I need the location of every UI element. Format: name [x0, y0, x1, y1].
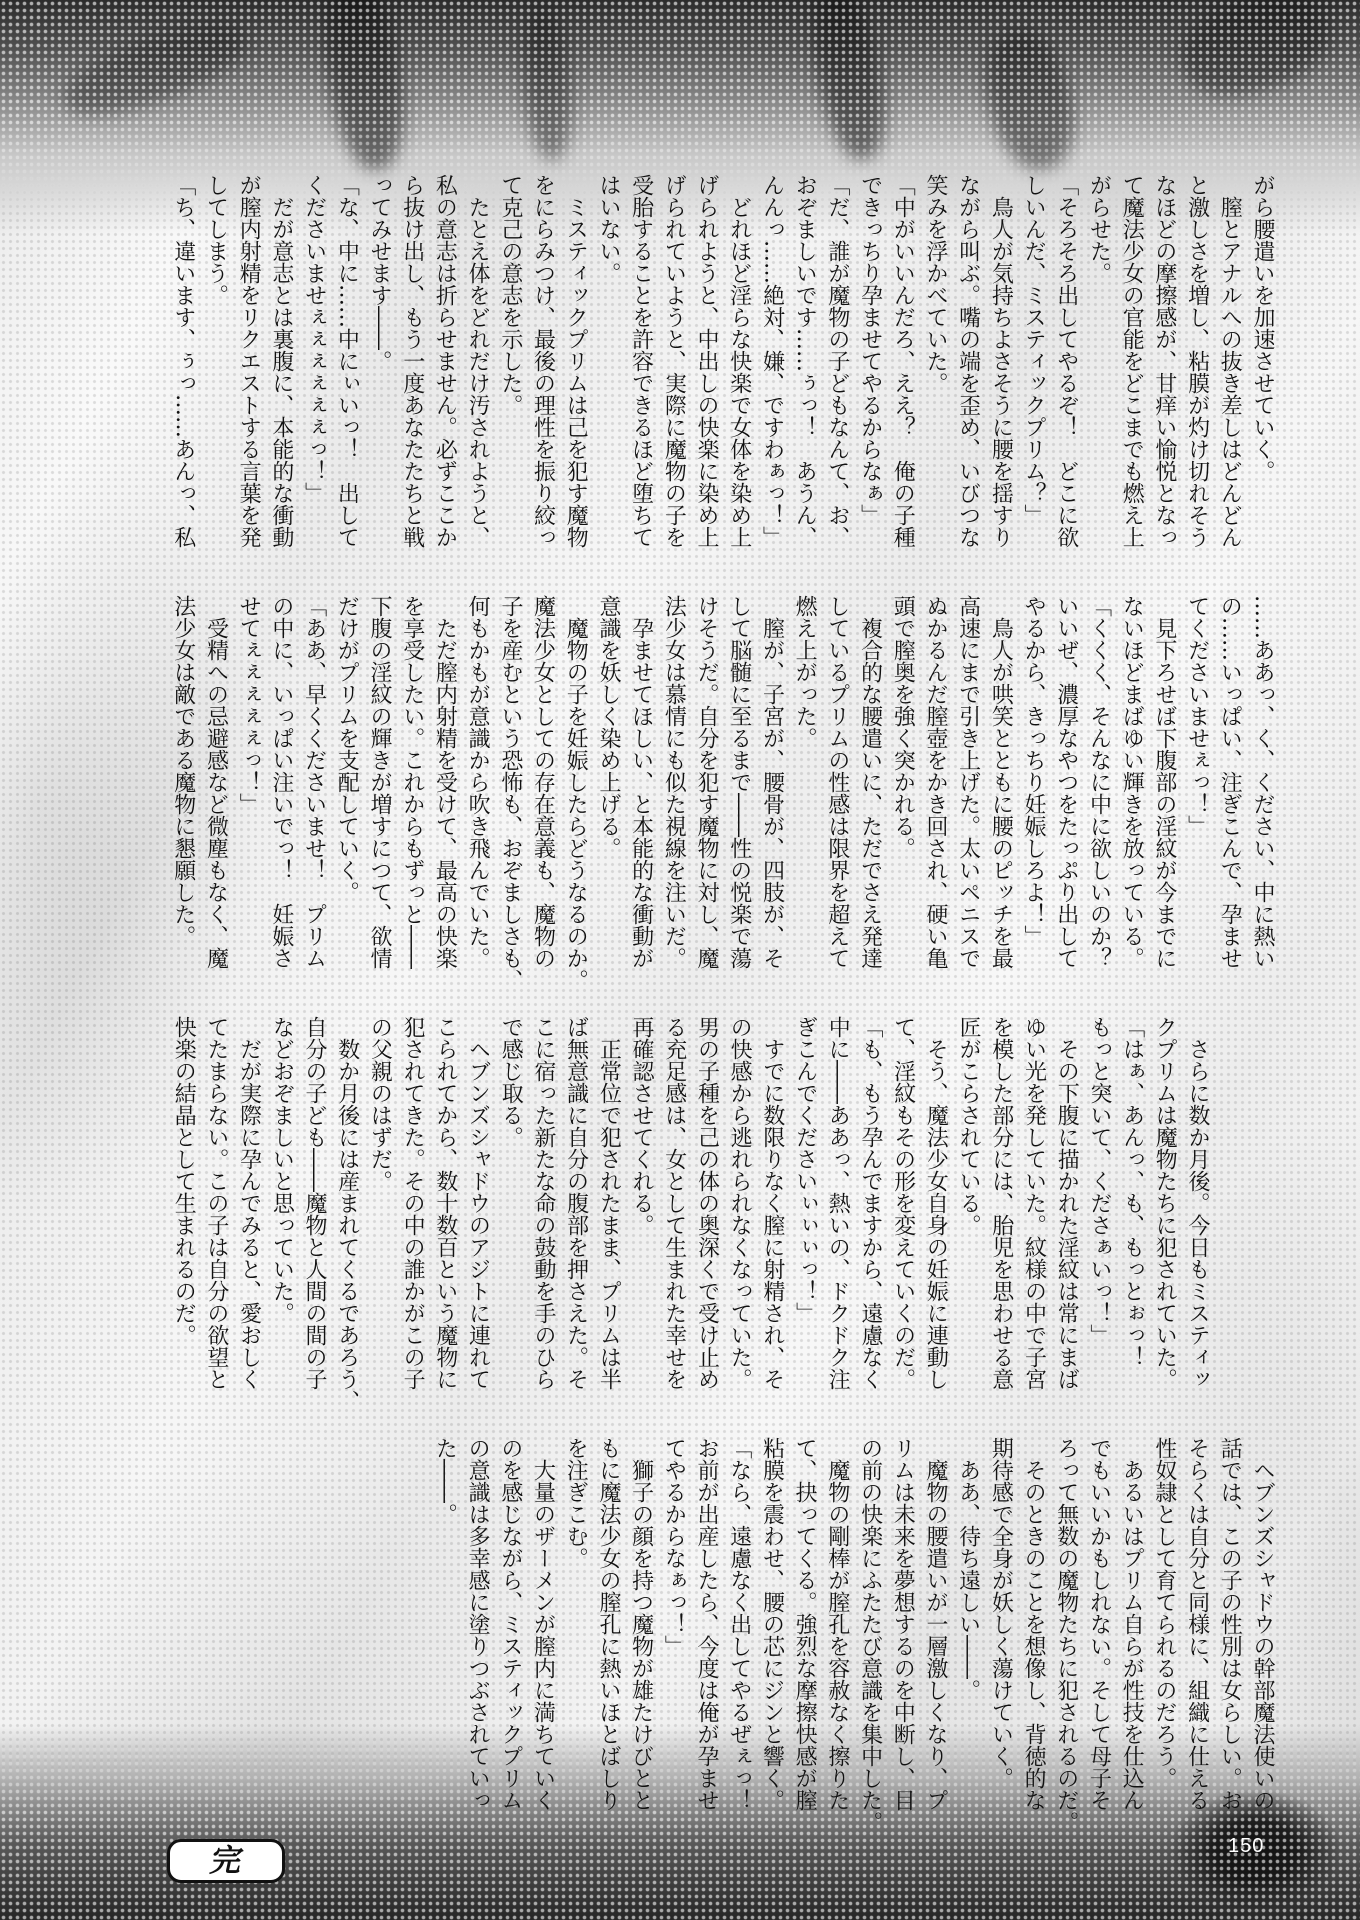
text-column: 数か月後には産まれてくるであろう、 — [330, 1016, 363, 1390]
text-column: 膣とアナルへの抜き差しはどんどん — [1213, 174, 1246, 548]
text-column: 私の意志は折らせません。必ずここか — [428, 174, 461, 548]
text-column: 「くくく、そんなに中に欲しいのか？ — [1082, 595, 1115, 969]
text-column: 何もかもが意識から吹き飛んでいた。 — [460, 595, 493, 969]
end-mark-badge: 完 — [167, 1839, 285, 1883]
text-column: 期待感で全身が妖しく蕩けていく。 — [984, 1437, 1017, 1811]
text-column: た――。 — [428, 1437, 461, 1811]
text-column: お前が出産したら、今度は俺が孕ませ — [689, 1437, 722, 1811]
text-column: 中に――ああっ、熱いの、ドクドク注 — [821, 1016, 854, 1390]
text-column: ぎこんでくださいぃぃぃっ！」 — [788, 1016, 821, 1390]
text-column: 「も、もう孕んでますから、遠慮なく — [853, 1016, 886, 1390]
text-column: ら抜け出し、もう一度あなたたちと戦 — [395, 174, 428, 548]
text-column: 正常位で犯されたまま、プリムは半 — [592, 1016, 625, 1390]
text-column: の……いっぱい、注ぎこんで、孕ませ — [1213, 595, 1246, 969]
text-column: 「なら、遠慮なく出してやるぜぇっ！ — [722, 1437, 755, 1811]
text-column: 下腹の淫紋の輝きが増すにつて、欲情 — [362, 595, 395, 969]
text-column: 鳥人が気持ちよさそうに腰を揺すり — [984, 174, 1017, 548]
text-band-1: がら腰遣いを加速させていく。 膣とアナルへの抜き差しはどんどん と激しさを増し、… — [166, 174, 1278, 548]
text-column: こられてから、数十数百という魔物に — [428, 1016, 461, 1390]
text-column: て魔法少女の官能をどこまでも燃え上 — [1114, 174, 1147, 548]
text-column: しいんだ、ミスティックプリム？」 — [1016, 174, 1049, 548]
text-column: だが意志とは裏腹に、本能的な衝動 — [264, 174, 297, 548]
text-column: ゆい光を発していた。紋様の中で子宮 — [1017, 1016, 1050, 1390]
text-column: を注ぎこむ。 — [559, 1437, 592, 1811]
text-column: しているプリムの性感は限界を超えて — [820, 595, 853, 969]
text-column: リムは未来を夢想するのを中断し、目 — [886, 1437, 919, 1811]
text-column: てたまらない。この子は自分の欲望と — [199, 1016, 232, 1390]
text-column: ば無意識に自分の腹部を押さえた。そ — [559, 1016, 592, 1390]
text-column: て克己の意志を示した。 — [493, 174, 526, 548]
text-column: 犯されてきた。その中の誰かがこの子 — [395, 1016, 428, 1390]
end-mark: 完 — [207, 1846, 245, 1877]
text-column: 「な、中に……中にぃいっ！ 出して — [330, 174, 363, 548]
text-column: ないほどまばゆい輝きを放っている。 — [1114, 595, 1147, 969]
text-column: はいない。 — [591, 174, 624, 548]
text-column: 魔物の子を妊娠したらどうなるのか。 — [559, 595, 592, 969]
text-band-2: ……ああっ、く、ください、中に熱い の……いっぱい、注ぎこんで、孕ませ てくださ… — [166, 595, 1278, 969]
text-column: をにらみつけ、最後の理性を振り絞っ — [526, 174, 559, 548]
text-column: なほどの摩擦感が、甘痒い愉悦となっ — [1147, 174, 1180, 548]
text-column: さらに数か月後。今日もミスティッ — [1180, 1016, 1213, 1390]
text-column: ……ああっ、く、ください、中に熱い — [1245, 595, 1278, 969]
text-column: 「だ、誰が魔物の子どもなんて、お、 — [820, 174, 853, 548]
text-column: て、抉ってくる。強烈な摩擦快感が膣 — [787, 1437, 820, 1811]
text-column: 匠がこらされている。 — [951, 1016, 984, 1390]
text-column: と激しさを増し、粘膜が灼け切れそう — [1180, 174, 1213, 548]
text-column: る充足感は、女として生まれた幸せを — [657, 1016, 690, 1390]
text-column: 自分の子ども――魔物と人間の間の子 — [297, 1016, 330, 1390]
text-column: のを感じながら、ミスティックプリム — [493, 1437, 526, 1811]
text-column: 子を産むという恐怖も、おぞましさも、 — [493, 595, 526, 969]
text-column: 男の子種を己の体の奥深くで受け止め — [690, 1016, 723, 1390]
text-column: そらくは自分と同様に、組織に仕える — [1180, 1437, 1213, 1811]
text-column: 高速にまで引き上げた。太いペニスで — [951, 595, 984, 969]
text-column: 受胎することを許容できるほど堕ちて — [624, 174, 657, 548]
text-column: 見下ろせば下腹部の淫紋が今までに — [1147, 595, 1180, 969]
text-column: てやるからなぁっ！」 — [657, 1437, 690, 1811]
text-column: 法少女は敵である魔物に懇願した。 — [166, 595, 199, 969]
page-number: 150 — [1228, 1835, 1264, 1858]
text-column: してしまう。 — [199, 174, 232, 548]
text-column: を享受したい。これからもずっと―― — [395, 595, 428, 969]
text-column: ああ、待ち遠しい――。 — [951, 1437, 984, 1811]
text-column: けそうだ。自分を犯す魔物に対し、魔 — [689, 595, 722, 969]
text-column: 快楽の結晶として生まれるのだ。 — [167, 1016, 200, 1390]
text-column: 魔法少女としての存在意義も、魔物の — [526, 595, 559, 969]
text-column: 「そろそろ出してやるぞ！ どこに欲 — [1049, 174, 1082, 548]
text-column: ヘブンズシャドウのアジトに連れて — [461, 1016, 494, 1390]
text-column: 再確認させてくれる。 — [624, 1016, 657, 1390]
text-column: 「中がいいんだろ、ええ？ 俺の子種 — [886, 174, 919, 548]
text-column: ただ膣内射精を受けて、最高の快楽 — [428, 595, 461, 969]
text-column: げられようと、中出しの快楽に染め上 — [689, 174, 722, 548]
text-column: がらせた。 — [1082, 174, 1115, 548]
text-column: 大量のザーメンが膣内に満ちていく — [526, 1437, 559, 1811]
text-column: くださいませぇぇぇぇぇぇっ！」 — [297, 174, 330, 548]
text-column: ろって無数の魔物たちに犯されるのだ。 — [1049, 1437, 1082, 1811]
text-column: んんっ……絶対、嫌、ですわぁっ！」 — [755, 174, 788, 548]
text-column: おぞましいです……ぅっ！ あうん、 — [787, 174, 820, 548]
text-column: で感じ取る。 — [494, 1016, 527, 1390]
text-column: こに宿った新たな命の鼓動を手のひら — [526, 1016, 559, 1390]
text-column: 性奴隷として育てられるのだろう。 — [1147, 1437, 1180, 1811]
text-column: の意識は多幸感に塗りつぶされていっ — [460, 1437, 493, 1811]
text-column: を模した部分には、胎児を思わせる意 — [984, 1016, 1017, 1390]
text-column: 話では、この子の性別は女らしい。お — [1213, 1437, 1246, 1811]
text-column: の父親のはずだ。 — [363, 1016, 396, 1390]
text-column: 粘膜を震わせ、腰の芯にジンと響く。 — [755, 1437, 788, 1811]
text-column: げられていようと、実際に魔物の子を — [657, 174, 690, 548]
text-column: 膣が、子宮が、腰骨が、四肢が、そ — [755, 595, 788, 969]
text-column: ながら叫ぶ。嘴の端を歪め、いびつな — [951, 174, 984, 548]
text-column: などおぞましいと思っていた。 — [265, 1016, 298, 1390]
text-column: ミスティックプリムは己を犯す魔物 — [559, 174, 592, 548]
text-column: ってみせます――。 — [362, 174, 395, 548]
text-column: てくださいませぇっ！」 — [1180, 595, 1213, 969]
text-column: すでに数限りなく膣に射精され、そ — [755, 1016, 788, 1390]
text-column: 魔物の腰遣いが一層激しくなり、プ — [918, 1437, 951, 1811]
text-column: そのときのことを想像し、背徳的な — [1016, 1437, 1049, 1811]
text-column: 意識を妖しく染め上げる。 — [591, 595, 624, 969]
text-column: でもいいかもしれない。そして母子そ — [1082, 1437, 1115, 1811]
text-column: 獅子の顔を持つ魔物が雄たけびとと — [624, 1437, 657, 1811]
text-column: ぬかるんだ膣壺をかき回され、硬い亀 — [918, 595, 951, 969]
text-column: 法少女は慕情にも似た視線を注いだ。 — [657, 595, 690, 969]
text-column: 燃え上がった。 — [787, 595, 820, 969]
text-column: やるから、きっちり妊娠しろよ！」 — [1016, 595, 1049, 969]
text-column: が膣内射精をリクエストする言葉を発 — [232, 174, 265, 548]
text-column: 複合的な腰遣いに、ただでさえ発達 — [853, 595, 886, 969]
text-column: 頭で膣奥を強く突かれる。 — [886, 595, 919, 969]
text-column: 「ああ、早くくださいませ！ プリム — [297, 595, 330, 969]
text-column: 鳥人が哄笑とともに腰のピッチを最 — [984, 595, 1017, 969]
text-column: して脳髄に至るまで――性の悦楽で蕩 — [722, 595, 755, 969]
text-column: の前の快楽にふたたび意識を集中した。 — [853, 1437, 886, 1811]
text-column: いいぜ、濃厚なやつをたっぷり出して — [1049, 595, 1082, 969]
text-column: どれほど淫らな快楽で女体を染め上 — [722, 174, 755, 548]
text-column: だけがプリムを支配していく。 — [330, 595, 363, 969]
text-column: ヘブンズシャドウの幹部魔法使いの — [1245, 1437, 1278, 1811]
text-column: 笑みを浮かべていた。 — [918, 174, 951, 548]
text-column: もっと突いて、くださぁいっ！」 — [1082, 1016, 1115, 1390]
text-column: の中に、いっぱい注いでっ！ 妊娠さ — [264, 595, 297, 969]
text-column: て、淫紋もその形を変えていくのだ。 — [886, 1016, 919, 1390]
text-column: もに魔法少女の膣孔に熱いほとばしり — [591, 1437, 624, 1811]
text-column: その下腹に描かれた淫紋は常にまば — [1049, 1016, 1082, 1390]
text-column: 「ち、違います、ぅっ……あんっ、私 — [166, 174, 199, 548]
text-column: がら腰遣いを加速させていく。 — [1245, 174, 1278, 548]
text-band-4: ヘブンズシャドウの幹部魔法使いの 話では、この子の性別は女らしい。お そらくは自… — [428, 1437, 1278, 1811]
text-column: そう、魔法少女自身の妊娠に連動し — [919, 1016, 952, 1390]
text-column: あるいはプリム自らが性技を仕込ん — [1114, 1437, 1147, 1811]
text-column: せてぇぇぇぇぇっ！」 — [232, 595, 265, 969]
text-band-3: さらに数か月後。今日もミスティッ クプリムは魔物たちに犯されていた。 「はぁ、あ… — [167, 1016, 1214, 1390]
text-column: 受精への忌避感など微塵もなく、魔 — [199, 595, 232, 969]
text-column: 魔物の剛棒が膣孔を容赦なく擦りた — [820, 1437, 853, 1811]
text-column: たとえ体をどれだけ汚されようと、 — [460, 174, 493, 548]
text-column: 孕ませてほしい、と本能的な衝動が — [624, 595, 657, 969]
text-column: クプリムは魔物たちに犯されていた。 — [1148, 1016, 1181, 1390]
text-column: できっちり孕ませてやるからなぁ」 — [853, 174, 886, 548]
text-column: 「はぁ、あんっ、も、もっとぉっ！ — [1115, 1016, 1148, 1390]
text-column: だが実際に孕んでみると、愛おしく — [232, 1016, 265, 1390]
text-column: の快感から逃れられなくなっていた。 — [722, 1016, 755, 1390]
